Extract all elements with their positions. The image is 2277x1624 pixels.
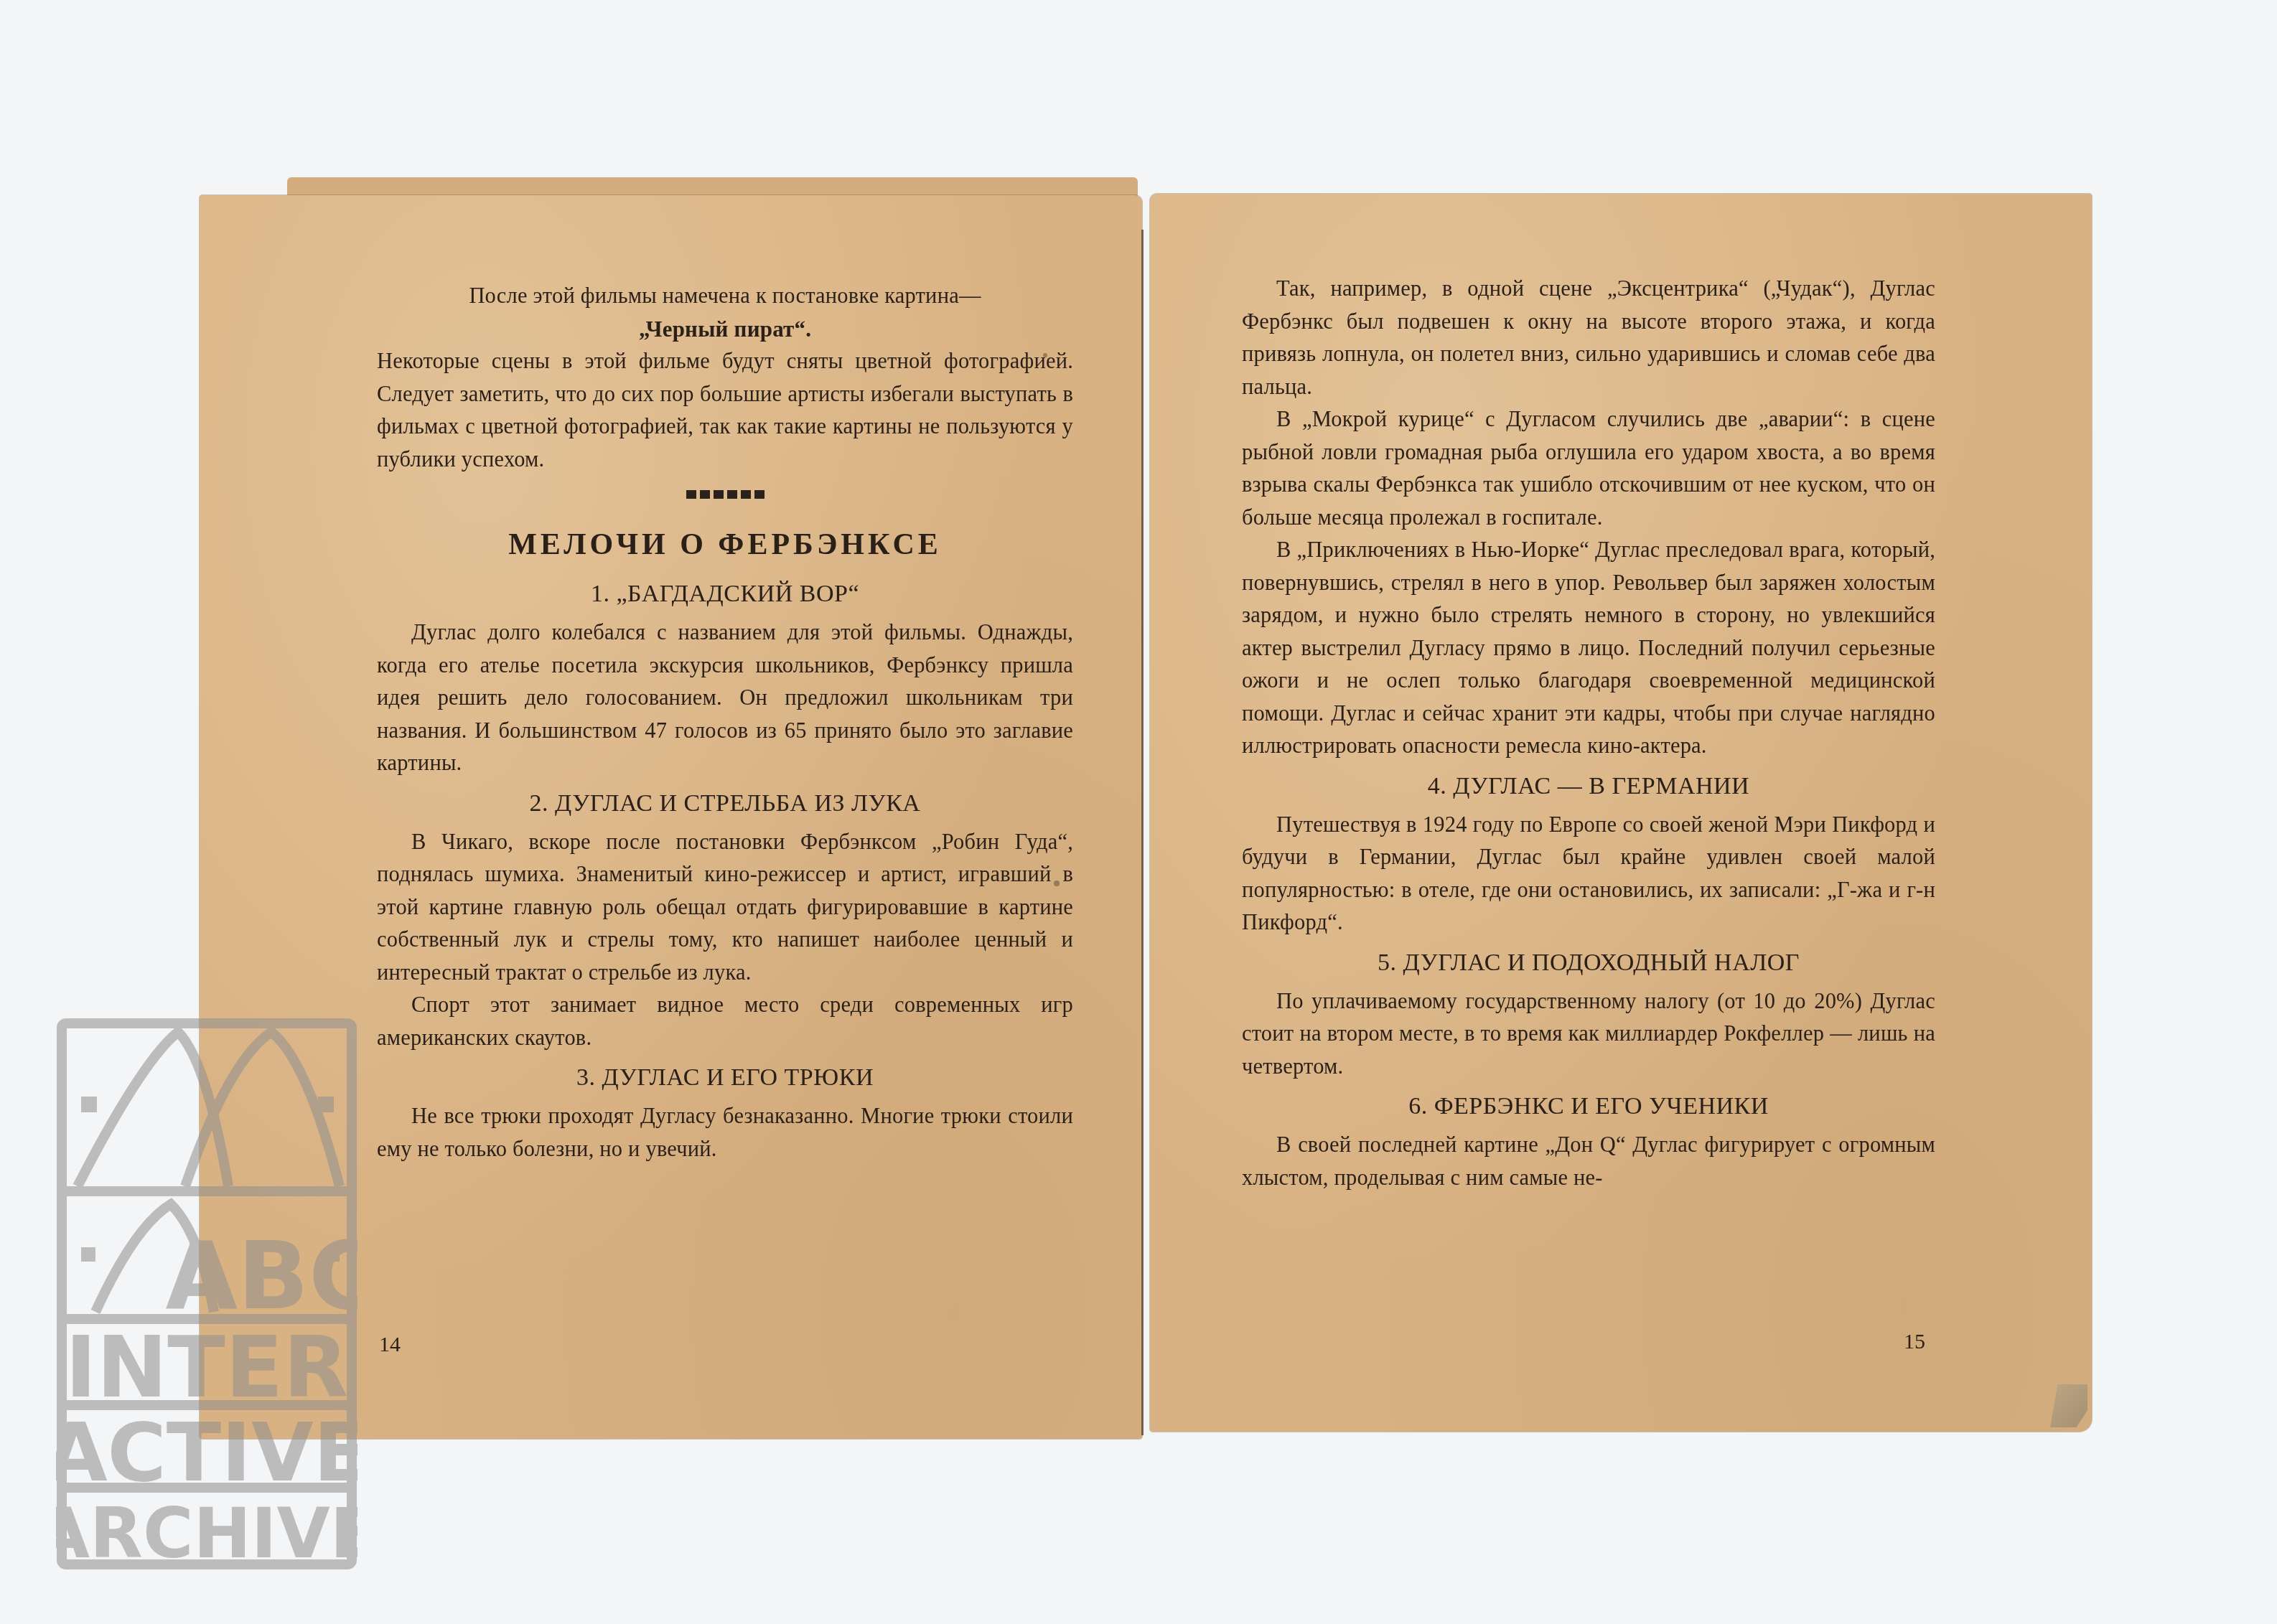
section-3-paragraph: Не все трюки проходят Дугласу безнаказан… <box>377 1100 1073 1165</box>
right-page: Так, например, в одной сцене „Эксцентрик… <box>1150 194 2092 1432</box>
section-title-3: 3. ДУГЛАС И ЕГО ТРЮКИ <box>377 1057 1073 1099</box>
page-number-left: 14 <box>379 1333 401 1357</box>
intro-paragraph: Некоторые сцены в этой фильме будут снят… <box>377 345 1073 476</box>
section-title-2: 2. ДУГЛАС И СТРЕЛЬБА ИЗ ЛУКА <box>377 783 1073 825</box>
section-title-5: 5. ДУГЛАС И ПОДОХОДНЫЙ НАЛОГ <box>1242 942 1935 984</box>
stunts-paragraph-2: В „Мокрой курице“ с Дугласом случились д… <box>1242 403 1935 534</box>
section-2-paragraph-2: Спорт этот занимает видное место среди с… <box>377 989 1073 1054</box>
film-title-black-pirate: „Черный пират“. <box>377 313 1073 346</box>
book-gutter <box>1141 230 1144 1435</box>
left-page-text-column: После этой фильмы намечена к постановке … <box>377 280 1073 1165</box>
abc-archive-logo-icon: ABC INTER ACTIVE ARCHIVE <box>56 1018 357 1570</box>
section-6-paragraph: В своей последней картине „Дон Q“ Дуглас… <box>1242 1129 1935 1194</box>
section-4-paragraph: Путешествуя в 1924 году по Европе со сво… <box>1242 809 1935 939</box>
section-2-paragraph-1: В Чикаго, вскоре после постановки Фербэн… <box>377 826 1073 990</box>
section-title-1: 1. „БАГДАДСКИЙ ВОР“ <box>377 573 1073 615</box>
svg-text:ACTIVE: ACTIVE <box>56 1407 357 1500</box>
folded-corner <box>2050 1384 2087 1427</box>
section-title-6: 6. ФЕРБЭНКС И ЕГО УЧЕНИКИ <box>1242 1086 1935 1127</box>
stunts-paragraph-3: В „Приключениях в Нью-Иорке“ Дуглас прес… <box>1242 534 1935 763</box>
section-title-4: 4. ДУГЛАС — В ГЕРМАНИИ <box>1242 766 1935 807</box>
intro-line: После этой фильмы намечена к постановке … <box>377 280 1073 313</box>
right-page-text-column: Так, например, в одной сцене „Эксцентрик… <box>1242 273 1935 1194</box>
svg-text:ABC: ABC <box>165 1221 357 1330</box>
chapter-title: МЕЛОЧИ О ФЕРБЭНКСЕ <box>377 523 1073 566</box>
svg-text:INTER: INTER <box>65 1318 349 1417</box>
section-5-paragraph: По уплачиваемому государственному налогу… <box>1242 985 1935 1084</box>
stunts-paragraph-1: Так, например, в одной сцене „Эксцентрик… <box>1242 273 1935 403</box>
svg-text:ARCHIVE: ARCHIVE <box>56 1493 357 1570</box>
page-number-right: 15 <box>1904 1330 1925 1354</box>
section-divider-ornament <box>377 490 1073 499</box>
section-1-paragraph: Дуглас долго колебался с названием для э… <box>377 616 1073 780</box>
